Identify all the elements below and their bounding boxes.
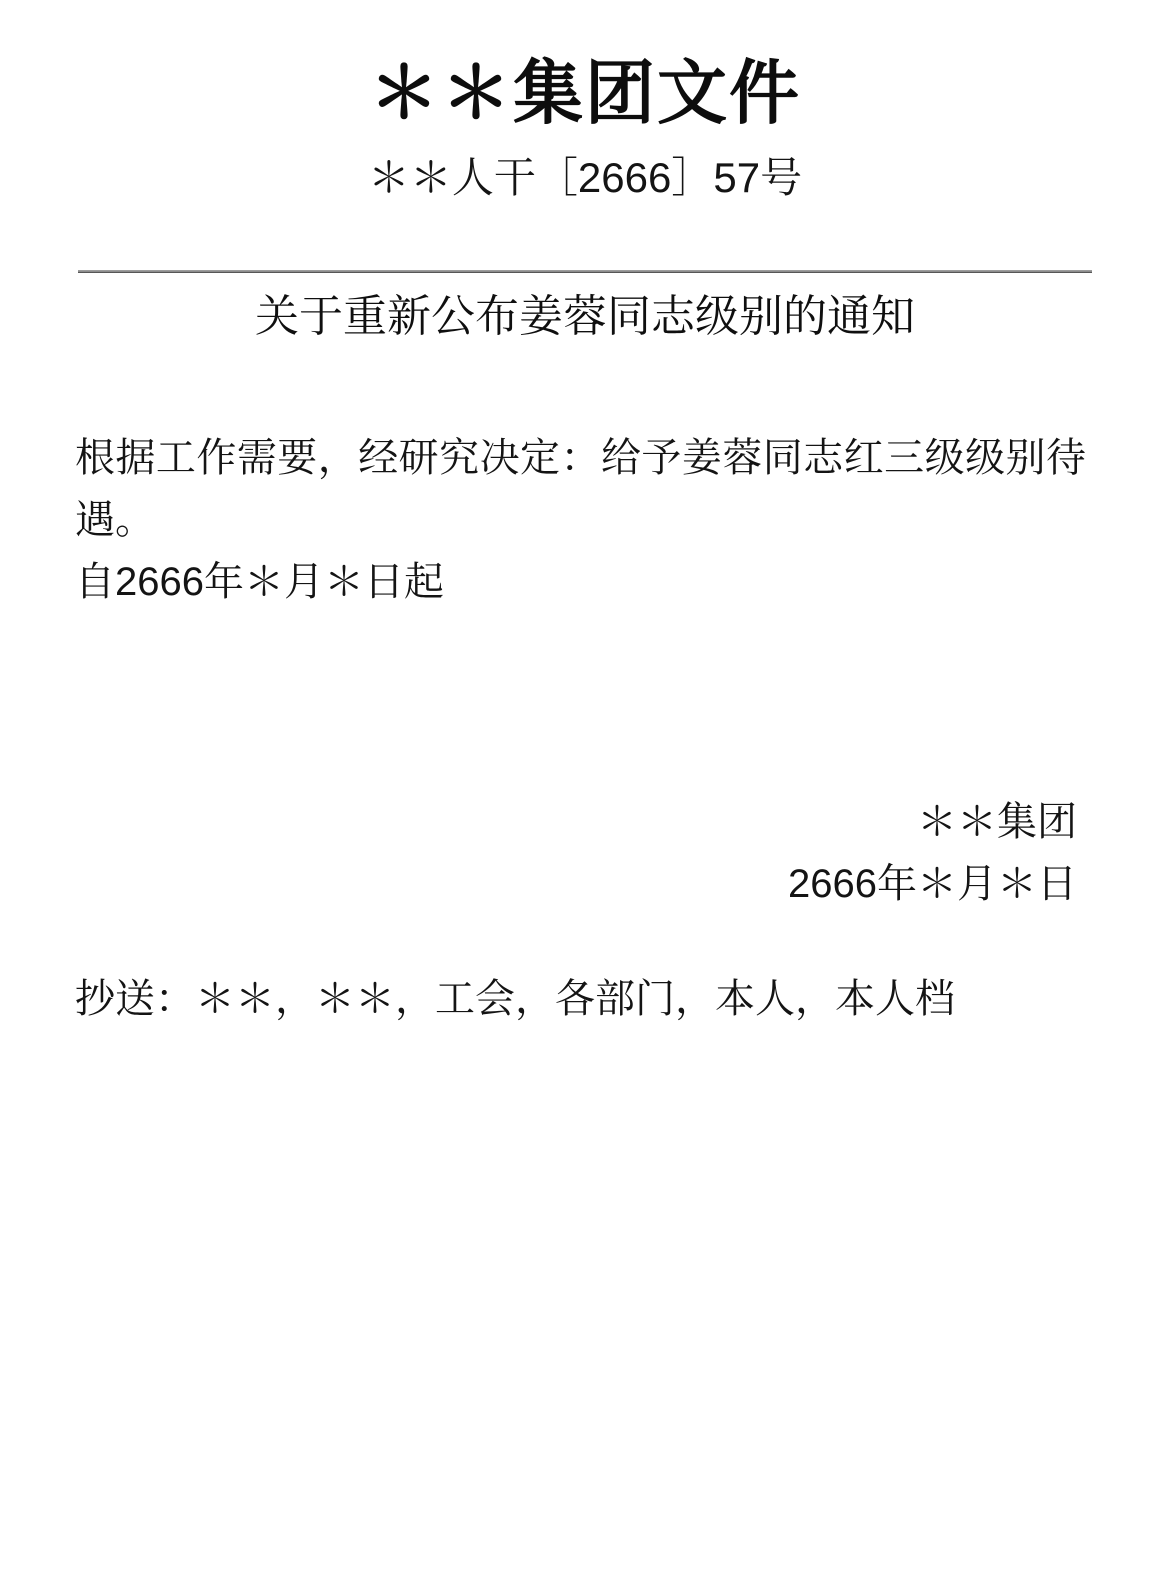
signature-date: 2666年＊月＊日 [0, 853, 1077, 915]
document-page: ＊＊集团文件 ＊＊人干［2666］57号 关于重新公布姜蓉同志级别的通知 根据工… [0, 0, 1170, 1588]
document-number: ＊＊人干［2666］57号 [0, 156, 1170, 200]
effective-date-line: 自2666年＊月＊日起 [75, 551, 1086, 613]
document-title: ＊＊集团文件 [0, 56, 1170, 130]
notice-heading: 关于重新公布姜蓉同志级别的通知 [0, 293, 1170, 341]
signature-org: ＊＊集团 [0, 791, 1077, 853]
divider-line [78, 270, 1092, 273]
signature-block: ＊＊集团 2666年＊月＊日 [0, 791, 1077, 915]
body-paragraph: 根据工作需要，经研究决定：给予姜蓉同志红三级级别待遇。 [75, 427, 1086, 551]
cc-line: 抄送：＊＊，＊＊，工会，各部门，本人，本人档 [75, 968, 1086, 1030]
